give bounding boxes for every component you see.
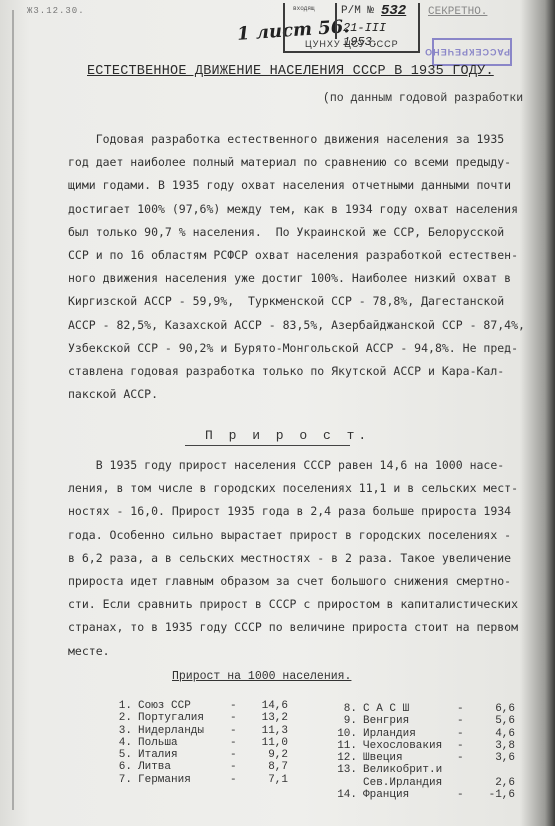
- table-row: 14.Франция--1,6: [335, 789, 545, 801]
- section-underline: [185, 445, 350, 446]
- table-row: 11.Чехословакия-3,8: [335, 740, 545, 752]
- rank: 13.: [335, 764, 357, 776]
- rank: 11.: [335, 740, 357, 752]
- registry-stamp: входящ Р/М № 532 21-III 1953. ЦУНХУ ЦСУ …: [283, 3, 420, 53]
- rank: 2.: [108, 712, 132, 724]
- rank: 10.: [335, 728, 357, 740]
- country-name: Португалия: [138, 712, 204, 724]
- country-name: Чехословакия: [363, 740, 442, 752]
- table-row: Сев.Ирландия2,6: [335, 777, 545, 789]
- separator: -: [230, 749, 237, 761]
- table-row: 2.Португалия-13,2: [108, 712, 308, 724]
- separator: -: [457, 789, 464, 801]
- separator: -: [230, 725, 237, 737]
- growth-value: 3,8: [475, 740, 515, 752]
- growth-table-left: 1.Союз ССР-14,62.Португалия-13,23.Нидерл…: [108, 700, 308, 786]
- declassified-stamp: РАССЕКРЕЧЕНО: [432, 38, 512, 66]
- country-name: Польша: [138, 737, 178, 749]
- growth-value: 14,6: [248, 700, 288, 712]
- stamp-label: входящ: [293, 5, 315, 12]
- country-name: Италия: [138, 749, 178, 761]
- paragraph-coverage: Годовая разработка естественного движени…: [68, 128, 552, 406]
- rank: 7.: [108, 774, 132, 786]
- table-row: 8.С А С Ш-6,6: [335, 703, 545, 715]
- rank: 1.: [108, 700, 132, 712]
- country-name: С А С Ш: [363, 703, 409, 715]
- table-row: 3.Нидерланды-11,3: [108, 725, 308, 737]
- rank: 12.: [335, 752, 357, 764]
- rank: 5.: [108, 749, 132, 761]
- table-row: 1.Союз ССР-14,6: [108, 700, 308, 712]
- separator: -: [457, 752, 464, 764]
- table-row: 4.Польша-11,0: [108, 737, 308, 749]
- growth-value: 5,6: [475, 715, 515, 727]
- stamp-number: 532: [381, 3, 406, 19]
- stamp-date-day: 21-III: [343, 21, 386, 35]
- growth-value: -1,6: [475, 789, 515, 801]
- country-name: Литва: [138, 761, 171, 773]
- growth-value: 11,0: [248, 737, 288, 749]
- stamp-divider: [335, 3, 337, 39]
- growth-value: 2,6: [475, 777, 515, 789]
- document-title: ЕСТЕСТВЕННОЕ ДВИЖЕНИЕ НАСЕЛЕНИЯ СССР В 1…: [87, 64, 494, 79]
- country-name: Нидерланды: [138, 725, 204, 737]
- separator: -: [457, 703, 464, 715]
- document-page: Ж3.12.30. 1 лист 56. входящ Р/М № 532 21…: [0, 0, 555, 826]
- separator: -: [230, 712, 237, 724]
- paragraph-growth: В 1935 году прирост населения СССР равен…: [68, 454, 552, 663]
- separator: -: [230, 774, 237, 786]
- rank: 3.: [108, 725, 132, 737]
- growth-value: 3,6: [475, 752, 515, 764]
- rank: 8.: [335, 703, 357, 715]
- document-subtitle: (по данным годовой разработки: [323, 92, 523, 105]
- separator: -: [230, 700, 237, 712]
- country-name: Германия: [138, 774, 191, 786]
- country-name: Ирландия: [363, 728, 416, 740]
- table-title: Прирост на 1000 населения.: [172, 670, 351, 683]
- country-name: Великобрит.и: [363, 764, 442, 776]
- table-row: 10.Ирландия-4,6: [335, 728, 545, 740]
- separator: -: [457, 728, 464, 740]
- table-row: 7.Германия-7,1: [108, 774, 308, 786]
- country-name: Венгрия: [363, 715, 409, 727]
- growth-table-right: 8.С А С Ш-6,69.Венгрия-5,610.Ирландия-4,…: [335, 703, 545, 801]
- table-row: 5.Италия-9,2: [108, 749, 308, 761]
- rank: 6.: [108, 761, 132, 773]
- growth-value: 6,6: [475, 703, 515, 715]
- growth-value: 13,2: [248, 712, 288, 724]
- growth-value: 4,6: [475, 728, 515, 740]
- section-title-growth: П р и р о с т.: [205, 428, 370, 443]
- separator: -: [457, 715, 464, 727]
- country-name: Союз ССР: [138, 700, 191, 712]
- separator: -: [230, 737, 237, 749]
- growth-value: 9,2: [248, 749, 288, 761]
- separator: -: [230, 761, 237, 773]
- stamp-organization: ЦУНХУ ЦСУ СССР: [305, 39, 399, 49]
- classification-mark: СЕКРЕТНО.: [428, 6, 487, 18]
- table-row: 9.Венгрия-5,6: [335, 715, 545, 727]
- rank: 9.: [335, 715, 357, 727]
- stamp-rm-label: Р/М №: [341, 5, 374, 17]
- separator: -: [457, 740, 464, 752]
- rank: 4.: [108, 737, 132, 749]
- table-row: 6.Литва-8,7: [108, 761, 308, 773]
- corner-note: Ж3.12.30.: [27, 6, 85, 16]
- rank: 14.: [335, 789, 357, 801]
- margin-line: [12, 10, 14, 810]
- country-name: Сев.Ирландия: [363, 777, 442, 789]
- country-name: Франция: [363, 789, 409, 801]
- table-row: 12.Швеция-3,6: [335, 752, 545, 764]
- table-row: 13.Великобрит.и: [335, 764, 545, 776]
- growth-value: 11,3: [248, 725, 288, 737]
- growth-value: 8,7: [248, 761, 288, 773]
- country-name: Швеция: [363, 752, 403, 764]
- growth-value: 7,1: [248, 774, 288, 786]
